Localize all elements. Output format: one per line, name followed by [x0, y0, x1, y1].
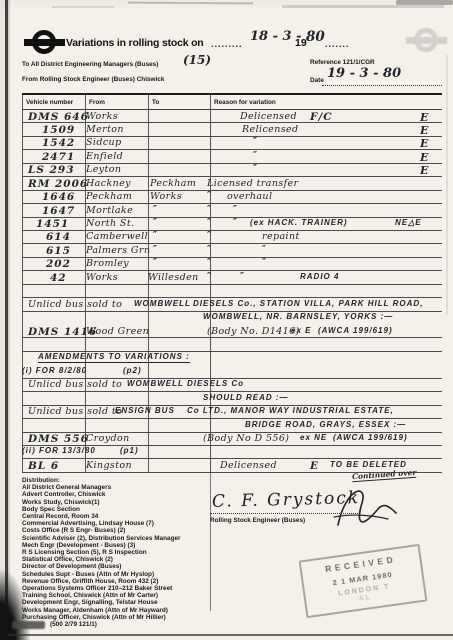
cell-text: ex E [291, 326, 311, 335]
distribution-item: Works Manager, Aldenham (Attn of Mr Hayw… [22, 607, 214, 614]
table-row: 615Palmers Grn″″″ [22, 244, 442, 257]
received-stamp: RECEIVED 2 1 MAR 1980 LONDON T AL [299, 544, 428, 618]
scan-streak-artifact [282, 5, 444, 8]
faint-roundel-stamp-icon [406, 28, 447, 52]
cell-text: ″ [240, 272, 244, 282]
cell-text: 615 [46, 245, 71, 257]
cell-text: E [420, 124, 428, 137]
sender-line: From Rolling Stock Engineer (Buses) Chis… [22, 76, 164, 83]
cell-text: WOMBWELL [134, 299, 191, 308]
cell-text: Hackney [86, 178, 131, 189]
cell-text: 1646 [42, 191, 75, 203]
table-row: (i) FOR 8/2/80(p2) [22, 365, 442, 378]
distribution-item: Statistical Office, Chiswick (2) [22, 556, 214, 563]
cell-text: BL 6 [28, 460, 59, 472]
cell-text: (ii) FOR 13/3/80 [22, 446, 96, 455]
cell-text: ″ [233, 205, 237, 215]
cell-text: Works [86, 272, 118, 283]
distribution-item: Director of Development (Buses) [22, 563, 214, 570]
cell-text: Relicensed [242, 124, 299, 135]
cell-text: SHOULD READ :— [203, 393, 289, 402]
cell-text: LS 293 [28, 164, 75, 176]
reference-line: Reference 121/1/CGR [310, 59, 375, 66]
table-row: 1542Sidcup″E [22, 137, 442, 150]
cell-text: 202 [46, 258, 71, 270]
cell-text: DMS 646 [28, 111, 89, 123]
table-row: WOMBWELL, NR. BARNSLEY, YORKS :— [22, 312, 442, 325]
scan-edge-artifact [446, 55, 448, 315]
scan-streak-artifact [52, 6, 114, 8]
cell-text: Delicensed [220, 460, 277, 471]
scan-streak-artifact [128, 2, 253, 5]
cell-text: (p1) [120, 446, 139, 455]
cell-text: Works [86, 111, 118, 122]
cell-text: (Body No D 556) [203, 433, 289, 444]
scanned-document-page: Variations in rolling stock on .........… [0, 0, 453, 640]
table-row: RM 2006HackneyPeckhamLicensed transfer [22, 177, 442, 190]
cell-text: ″ [207, 272, 211, 282]
cell-text: ″ [153, 231, 157, 241]
date-dotted-line [322, 77, 442, 86]
cell-text: NE△E [395, 218, 422, 227]
column-header-vehicle: Vehicle number [26, 99, 73, 106]
table-row: DMS 646WorksDelicensedF/CE [22, 110, 442, 123]
column-header-to: To [152, 99, 159, 106]
cell-text: North St. [86, 218, 134, 229]
column-header-reason: Reason for variation [214, 99, 276, 106]
form-title: Variations in rolling stock on .........… [66, 32, 366, 56]
cell-text: ″ [153, 245, 157, 255]
cell-text: Enfield [86, 151, 123, 162]
ink-smudge-artifact [12, 621, 45, 629]
cell-text: 2471 [42, 151, 75, 163]
cell-text: 1509 [42, 124, 75, 136]
cell-text: Kingston [86, 460, 132, 471]
distribution-item: Costs Office (R S Engr- Buses) (2) [22, 527, 214, 534]
cell-text: ″ [262, 245, 266, 255]
table-row: Unlicd bus sold toWOMBWELL DIESELS Co [22, 379, 442, 392]
cell-text: 1647 [42, 205, 75, 217]
bottom-rule [8, 634, 453, 636]
cell-text: ″ [207, 218, 211, 228]
table-row [22, 338, 442, 351]
cell-text: Mortlake [86, 205, 133, 216]
cell-text: ″ [207, 191, 211, 201]
cell-text: (AWCA 199/619) [318, 326, 393, 335]
cell-text: ″ [153, 258, 157, 268]
cell-text: E [420, 164, 428, 177]
distribution-item: Works Study, Chiswick(1) [22, 499, 214, 506]
cell-text: WOMBWELL, NR. BARNSLEY, YORKS :— [203, 312, 393, 321]
cell-text: Wood Green [86, 326, 149, 337]
table-row: AMENDMENTS TO VARIATIONS : [22, 352, 442, 365]
cell-text: ″ [207, 245, 211, 255]
cell-text: DIESELS Co., STATION VILLA, PARK HILL RO… [193, 299, 423, 308]
cell-text: Merton [86, 124, 124, 135]
cell-text: ″ [262, 258, 266, 268]
cell-text: AMENDMENTS TO VARIATIONS : [38, 352, 190, 363]
handwritten-date: 18 - 3 - [250, 29, 302, 44]
distribution-item: Training School, Chiswick (Attn of Mr Ca… [22, 592, 214, 599]
roundel-bar [406, 37, 447, 44]
distribution-item: Distribution: [22, 477, 214, 484]
table-row: Unlicd bus sold toENSIGN BUSCo LTD., MAN… [22, 406, 442, 419]
table-row: Unlicd bus sold toWOMBWELLDIESELS Co., S… [22, 298, 442, 311]
distribution-item: Body Spec Section [22, 506, 214, 513]
cell-text: Palmers Grn [86, 245, 150, 256]
cell-text: ″ [253, 151, 257, 161]
cell-text: 614 [46, 231, 71, 243]
cell-text: Unlicd bus sold to [28, 379, 122, 390]
cell-text: (Body No. D1416) [207, 326, 300, 337]
distribution-list: Distribution:All District General Manage… [22, 477, 214, 621]
distribution-item: Central Record, Room 34 [22, 513, 214, 520]
addressee-line: To All District Engineering Managers (Bu… [22, 61, 158, 68]
cell-text: RM 2006 [28, 178, 88, 190]
cell-text: Camberwell [86, 231, 148, 242]
handwritten-annotation: (15) [183, 53, 211, 67]
table-row: 202Bromley″″″ [22, 258, 442, 271]
cell-text: Bromley [86, 258, 129, 269]
signature-dotted-line [210, 505, 358, 514]
cell-text: ex NE [300, 433, 327, 442]
cell-text: (i) FOR 8/2/80 [22, 366, 87, 375]
title-dots: ......... [211, 39, 243, 49]
column-header-from: From [89, 99, 105, 106]
cell-text: TO BE DELETED [330, 460, 407, 469]
cell-text: ″ [253, 137, 257, 147]
cell-text: RADIO 4 [300, 272, 339, 281]
distribution-item: Purchasing Officer, Chiswick (Attn of Mr… [22, 614, 214, 621]
cell-text: (p2) [123, 366, 142, 375]
cell-text: ″ [207, 258, 211, 268]
cell-text: Delicensed [240, 111, 297, 122]
cell-text: Unlicd bus sold to [28, 299, 122, 310]
table-row: 42WorksWillesden″″RADIO 4 [22, 271, 442, 284]
cell-text: (ex HACK. TRAINER) [250, 218, 348, 227]
distribution-item: R S Licensing Section (5), R S Inspectio… [22, 549, 214, 556]
cell-text: 1451 [36, 218, 69, 230]
cell-text: ″ [207, 205, 211, 215]
cell-text: BRIDGE ROAD, GRAYS, ESSEX :— [245, 420, 406, 429]
cell-text: E [420, 111, 428, 124]
table-row: 1646PeckhamWorks″overhaul [22, 191, 442, 204]
table-row: (ii) FOR 13/3/80(p1) [22, 446, 442, 459]
london-transport-roundel-icon [24, 30, 65, 54]
title-dots: ....... [325, 39, 350, 49]
distribution-item: Scientific Adviser (2), Distribution Ser… [22, 535, 214, 542]
cell-text: Croydon [86, 433, 130, 444]
variation-table-rows: DMS 646WorksDelicensedF/CE1509MertonReli… [22, 110, 442, 473]
cell-text: ″ [207, 231, 211, 241]
cell-text: DMS 556 [28, 433, 89, 445]
distribution-item: Revenue Office, Griffith House, Room 432… [22, 578, 214, 585]
handwritten-year: 80 [306, 29, 325, 45]
cell-text: Licensed transfer [207, 178, 299, 189]
signatory-title: Rolling Stock Engineer (Buses) [210, 517, 305, 524]
scan-edge-artifact [8, 0, 10, 640]
cell-text: ″ [153, 218, 157, 228]
form-code: (500 2/79 121/1) [50, 621, 97, 628]
cell-text: Peckham [150, 178, 196, 189]
distribution-item: Commercial Advertising, Lindsay House (7… [22, 520, 214, 527]
table-header: Vehicle number From To Reason for variat… [22, 95, 442, 110]
cell-text: Sidcup [86, 137, 122, 148]
cell-text: Leyton [86, 164, 121, 175]
cell-text: Works [150, 191, 182, 202]
cell-text: 42 [50, 272, 67, 284]
distribution-item: Development Engr, Signalling, Telstar Ho… [22, 599, 214, 606]
cell-text: Co LTD., MANOR WAY INDUSTRIAL ESTATE, [187, 406, 394, 415]
cell-text: ″ [153, 205, 157, 215]
table-row: LS 293Leyton″E [22, 164, 442, 177]
table-row [22, 285, 442, 298]
distribution-item: Advert Controller, Chiswick [22, 491, 214, 498]
table-row: 1451North St.″″″(ex HACK. TRAINER)NE△E [22, 218, 442, 231]
roundel-bar [24, 39, 65, 46]
cell-text: 1542 [42, 137, 75, 149]
title-text: Variations in rolling stock on [66, 37, 204, 49]
cell-text: Peckham [86, 191, 132, 202]
cell-text: Willesden [148, 272, 199, 283]
table-row: 2471Enfield″E [22, 150, 442, 163]
cell-text: ″ [233, 218, 237, 228]
cell-text: ″ [253, 164, 257, 174]
scan-streak-artifact [396, 0, 453, 5]
cell-text: F/C [310, 111, 333, 123]
distribution-item: Mech Engr (Development - Buses) (3) [22, 542, 214, 549]
distribution-item: Schedules Supt - Buses (Attn of Mr Hyslo… [22, 571, 214, 578]
cell-text: (AWCA 199/619) [333, 433, 408, 442]
cell-text: repaint [262, 231, 300, 242]
cell-text: WOMBWELL DIESELS Co [127, 379, 244, 388]
cell-text: E [420, 151, 428, 164]
printed-year: 19 [295, 37, 307, 49]
distribution-item: All District General Managers [22, 484, 214, 491]
table-row: DMS 556Croydon(Body No D 556)ex NE(AWCA … [22, 433, 442, 446]
table-row: 1509MertonRelicensedE [22, 123, 442, 136]
cell-text: E [420, 137, 428, 150]
table-row: 1647Mortlake″″″ [22, 204, 442, 217]
distribution-item: Operations Systems Officer 210–212 Baker… [22, 585, 214, 592]
cell-text: Unlicd bus sold to [28, 406, 122, 417]
table-row: 614Camberwell″″repaint [22, 231, 442, 244]
table-row: DMS 1416Wood Green(Body No. D1416)ex E(A… [22, 325, 442, 338]
table-row: BRIDGE ROAD, GRAYS, ESSEX :— [22, 419, 442, 432]
cell-text: overhaul [227, 191, 272, 202]
variation-table: Vehicle number From To Reason for variat… [22, 93, 442, 473]
table-row: SHOULD READ :— [22, 392, 442, 405]
cell-text: E [310, 460, 319, 472]
cell-text: ENSIGN BUS [115, 406, 175, 415]
